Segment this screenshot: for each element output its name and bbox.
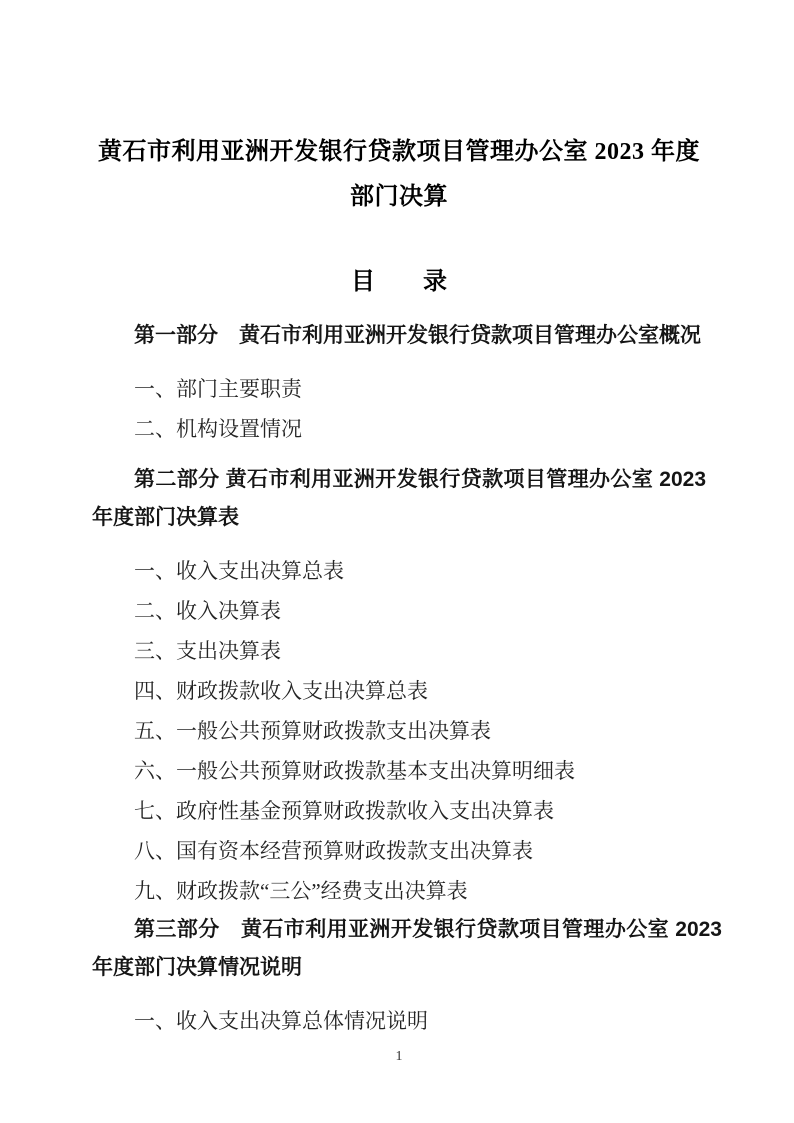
toc-item: 九、财政拨款“三公”经费支出决算表 xyxy=(92,871,706,911)
toc-item: 四、财政拨款收入支出决算总表 xyxy=(92,671,706,711)
part-3-heading: 第三部分 黄石市利用亚洲开发银行贷款项目管理办公室 2023 年度部门决算情况说… xyxy=(92,911,722,987)
toc-section-part-3: 第三部分 黄石市利用亚洲开发银行贷款项目管理办公室 2023 年度部门决算情况说… xyxy=(92,911,706,1041)
toc-item: 三、支出决算表 xyxy=(92,631,706,671)
toc-item: 一、部门主要职责 xyxy=(92,369,706,409)
toc-item: 八、国有资本经营预算财政拨款支出决算表 xyxy=(92,831,706,871)
part-2-heading: 第二部分 黄石市利用亚洲开发银行贷款项目管理办公室 2023 年度部门决算表 xyxy=(92,461,706,537)
toc-section-part-1: 第一部分 黄石市利用亚洲开发银行贷款项目管理办公室概况 一、部门主要职责 二、机… xyxy=(92,317,706,449)
toc-item: 二、机构设置情况 xyxy=(92,409,706,449)
page-number: 1 xyxy=(92,1047,706,1067)
part-1-item-list: 一、部门主要职责 二、机构设置情况 xyxy=(92,369,706,449)
toc-item: 五、一般公共预算财政拨款支出决算表 xyxy=(92,711,706,751)
toc-heading: 目 录 xyxy=(92,260,706,305)
toc-item: 一、收入支出决算总体情况说明 xyxy=(92,1001,706,1041)
part-1-heading: 第一部分 黄石市利用亚洲开发银行贷款项目管理办公室概况 xyxy=(92,317,706,355)
toc-item: 二、收入决算表 xyxy=(92,591,706,631)
toc-section-part-2: 第二部分 黄石市利用亚洲开发银行贷款项目管理办公室 2023 年度部门决算表 一… xyxy=(92,461,706,911)
part-2-item-list: 一、收入支出决算总表 二、收入决算表 三、支出决算表 四、财政拨款收入支出决算总… xyxy=(92,551,706,911)
document-page: 黄石市利用亚洲开发银行贷款项目管理办公室 2023 年度部门决算 目 录 第一部… xyxy=(0,0,794,1123)
toc-item: 六、一般公共预算财政拨款基本支出决算明细表 xyxy=(92,751,706,791)
part-3-item-list: 一、收入支出决算总体情况说明 xyxy=(92,1001,706,1041)
toc-item: 七、政府性基金预算财政拨款收入支出决算表 xyxy=(92,791,706,831)
document-title: 黄石市利用亚洲开发银行贷款项目管理办公室 2023 年度部门决算 xyxy=(86,130,712,220)
toc-item: 一、收入支出决算总表 xyxy=(92,551,706,591)
